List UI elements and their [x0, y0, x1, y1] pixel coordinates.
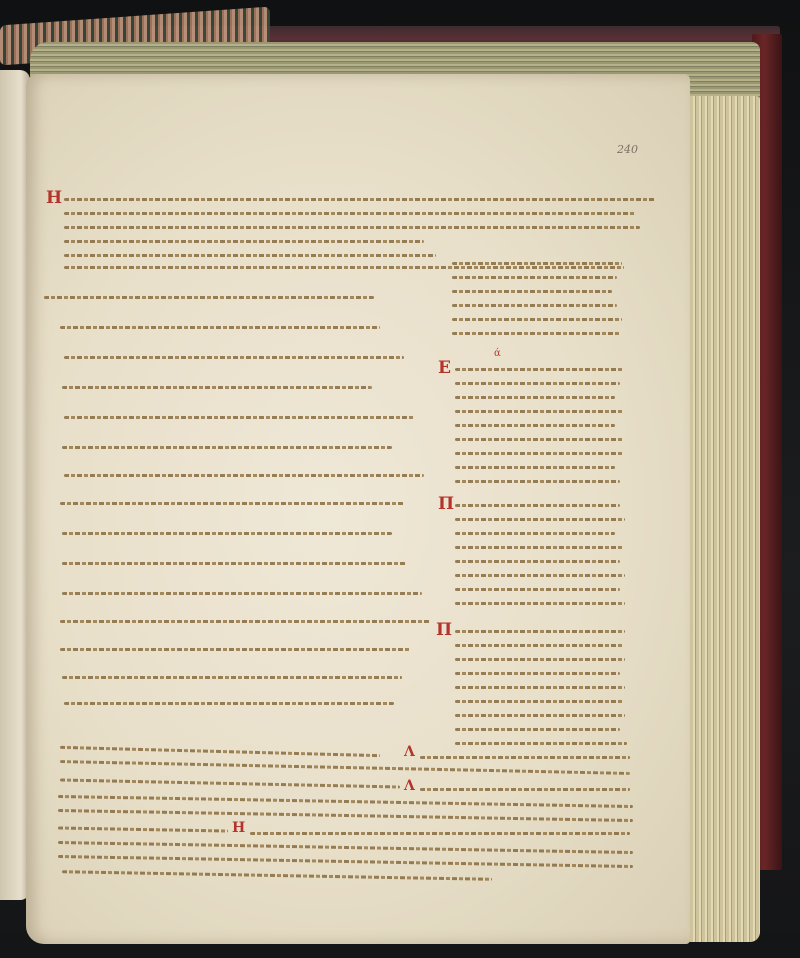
scholia-line: [455, 396, 615, 399]
main-text-line: [44, 296, 374, 299]
folio-number: 240: [617, 143, 638, 156]
scholia-line: [455, 714, 625, 717]
main-text-line: [60, 620, 430, 623]
scholia-line: [455, 560, 620, 563]
main-text-line: [64, 474, 424, 477]
scholia-line: [455, 438, 623, 441]
red-initial-epsilon: Ε: [438, 358, 451, 378]
scholia-line: [452, 332, 620, 335]
text-line: [64, 240, 424, 243]
scholia-line: [455, 410, 623, 413]
scholia-line: [452, 290, 612, 293]
scholia-line: [455, 630, 625, 633]
scholia-line: [455, 588, 620, 591]
rubric-mark: ά: [494, 348, 501, 359]
scholia-line: [455, 424, 615, 427]
red-initial-pi: Π: [438, 494, 454, 514]
red-initial-eta-bottom: Η: [232, 820, 245, 836]
text-line: [64, 266, 624, 269]
scholia-line: [455, 672, 620, 675]
manuscript-photo: 240 Η ά Ε Π Π: [0, 0, 800, 958]
commentary-line: [420, 756, 630, 759]
text-line: [64, 226, 640, 229]
scholia-line: [455, 466, 615, 469]
scholia-line: [452, 262, 622, 265]
main-text-line: [64, 416, 414, 419]
red-initial-pi-2: Π: [436, 620, 452, 640]
scholia-line: [455, 480, 620, 483]
main-text-line: [64, 356, 404, 359]
scholia-line: [455, 686, 625, 689]
red-initial-lambda-2: Λ: [404, 778, 415, 794]
main-text-line: [62, 592, 422, 595]
main-text-line: [60, 648, 410, 651]
scholia-line: [455, 728, 620, 731]
scholia-line: [455, 644, 623, 647]
red-initial-eta-top: Η: [46, 188, 62, 208]
text-block-fore-edge: [678, 96, 760, 942]
main-text-line: [62, 532, 392, 535]
scholia-line: [455, 602, 625, 605]
commentary-line: [250, 832, 630, 835]
scholia-line: [455, 504, 620, 507]
scholia-line: [455, 532, 615, 535]
scholia-line: [455, 452, 623, 455]
scholia-line: [455, 700, 623, 703]
scholia-line: [455, 518, 625, 521]
scholia-line: [452, 318, 622, 321]
main-text-line: [62, 446, 392, 449]
scholia-line: [455, 382, 620, 385]
text-line: [64, 198, 656, 201]
main-text-line: [62, 386, 372, 389]
text-line: [64, 212, 636, 215]
scholia-line: [455, 658, 625, 661]
scholia-line: [455, 546, 623, 549]
scholia-line: [455, 368, 623, 371]
scholia-line: [455, 574, 625, 577]
scholia-line: [452, 276, 617, 279]
red-initial-lambda: Λ: [404, 744, 415, 760]
main-text-line: [64, 702, 394, 705]
main-text-line: [62, 676, 402, 679]
scholia-line: [455, 742, 627, 745]
text-line: [64, 254, 436, 257]
main-text-line: [60, 502, 405, 505]
commentary-line: [420, 788, 630, 791]
main-text-line: [62, 562, 407, 565]
scholia-line: [452, 304, 617, 307]
main-text-line: [60, 326, 380, 329]
